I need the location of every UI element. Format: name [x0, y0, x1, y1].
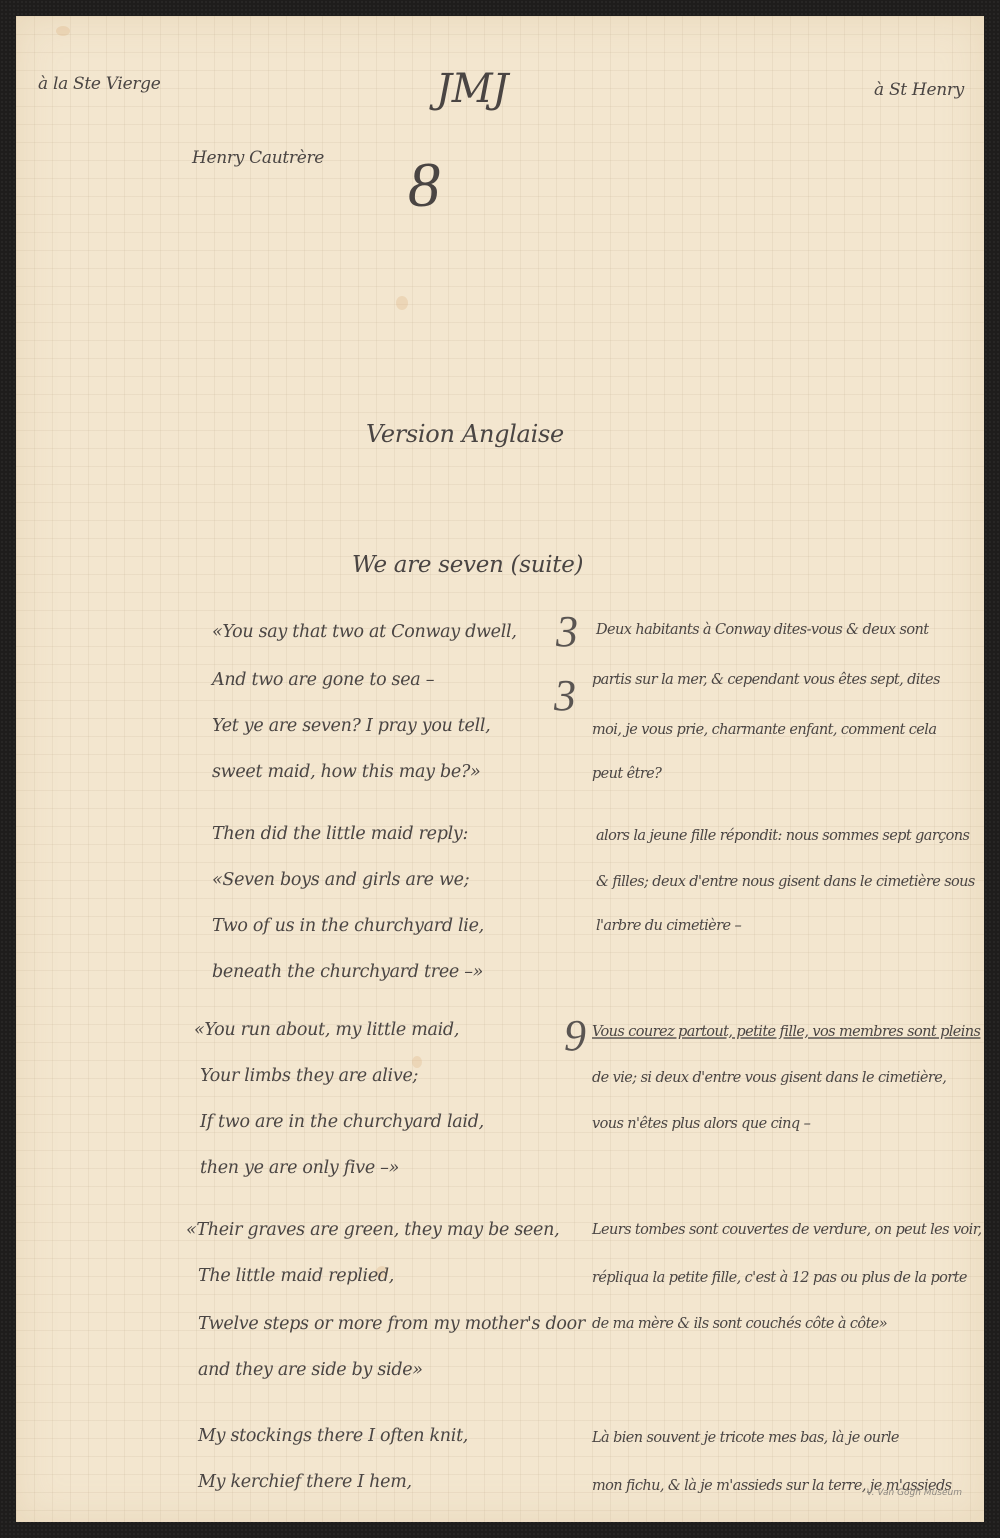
english-line: «You say that two at Conway dwell, — [212, 622, 517, 642]
english-line: And two are gone to sea – — [212, 670, 434, 690]
poem-subtitle: We are seven (suite) — [352, 552, 583, 578]
paper-stain — [56, 26, 70, 36]
margin-mark: 3 — [556, 606, 578, 657]
french-line: partis sur la mer, & cependant vous êtes… — [592, 672, 940, 688]
english-line: My stockings there I often knit, — [198, 1426, 468, 1446]
french-line: de ma mère & ils sont couchés côte à côt… — [592, 1316, 887, 1332]
page-title: Version Anglaise — [366, 420, 564, 448]
english-line: Yet ye are seven? I pray you tell, — [212, 716, 490, 736]
english-line: «You run about, my little maid, — [194, 1020, 459, 1040]
english-line: If two are in the churchyard laid, — [200, 1112, 484, 1132]
french-line: peut être? — [592, 766, 661, 782]
french-line: Deux habitants à Conway dites-vous & deu… — [596, 622, 928, 638]
margin-mark: 3 — [554, 670, 576, 721]
header-dedication-left: à la Ste Vierge — [38, 74, 161, 94]
french-line: vous n'êtes plus alors que cinq – — [592, 1116, 810, 1132]
french-line: répliqua la petite fille, c'est à 12 pas… — [592, 1270, 967, 1286]
english-line: «Their graves are green, they may be see… — [186, 1220, 559, 1240]
english-line: beneath the churchyard tree –» — [212, 962, 483, 982]
header-dedication-right: à St Henry — [874, 80, 964, 100]
english-line: then ye are only five –» — [200, 1158, 399, 1178]
margin-mark: 9 — [564, 1010, 586, 1061]
french-line: moi, je vous prie, charmante enfant, com… — [592, 722, 936, 738]
english-line: My kerchief there I hem, — [198, 1472, 412, 1492]
french-line: l'arbre du cimetière – — [596, 918, 741, 934]
french-line: Là bien souvent je tricote mes bas, là j… — [592, 1430, 899, 1446]
english-line: «Seven boys and girls are we; — [212, 870, 469, 890]
french-line: alors la jeune fille répondit: nous somm… — [596, 828, 969, 844]
english-line: Two of us in the churchyard lie, — [212, 916, 484, 936]
french-line: Leurs tombes sont couvertes de verdure, … — [592, 1222, 981, 1238]
author-name: Henry Cautrère — [192, 148, 324, 168]
paper-stain — [396, 296, 408, 310]
french-line: & filles; deux d'entre nous gisent dans … — [596, 874, 975, 890]
header-folio-mark: JMJ — [436, 66, 508, 112]
english-line: Twelve steps or more from my mother's do… — [198, 1314, 585, 1334]
french-line: de vie; si deux d'entre vous gisent dans… — [592, 1070, 946, 1086]
english-line: sweet maid, how this may be?» — [212, 762, 480, 782]
english-line: Your limbs they are alive; — [200, 1066, 418, 1086]
page-number: 8 — [408, 148, 440, 222]
english-line: The little maid replied, — [198, 1266, 394, 1286]
english-line: Then did the little maid reply: — [212, 824, 468, 844]
archive-stamp: V. Van Gogh Museum — [867, 1488, 962, 1498]
english-line: and they are side by side» — [198, 1360, 423, 1380]
french-line: Vous courez partout, petite fille, vos m… — [592, 1024, 980, 1040]
manuscript-page: à la Ste Vierge JMJ à St Henry Henry Cau… — [16, 16, 984, 1522]
